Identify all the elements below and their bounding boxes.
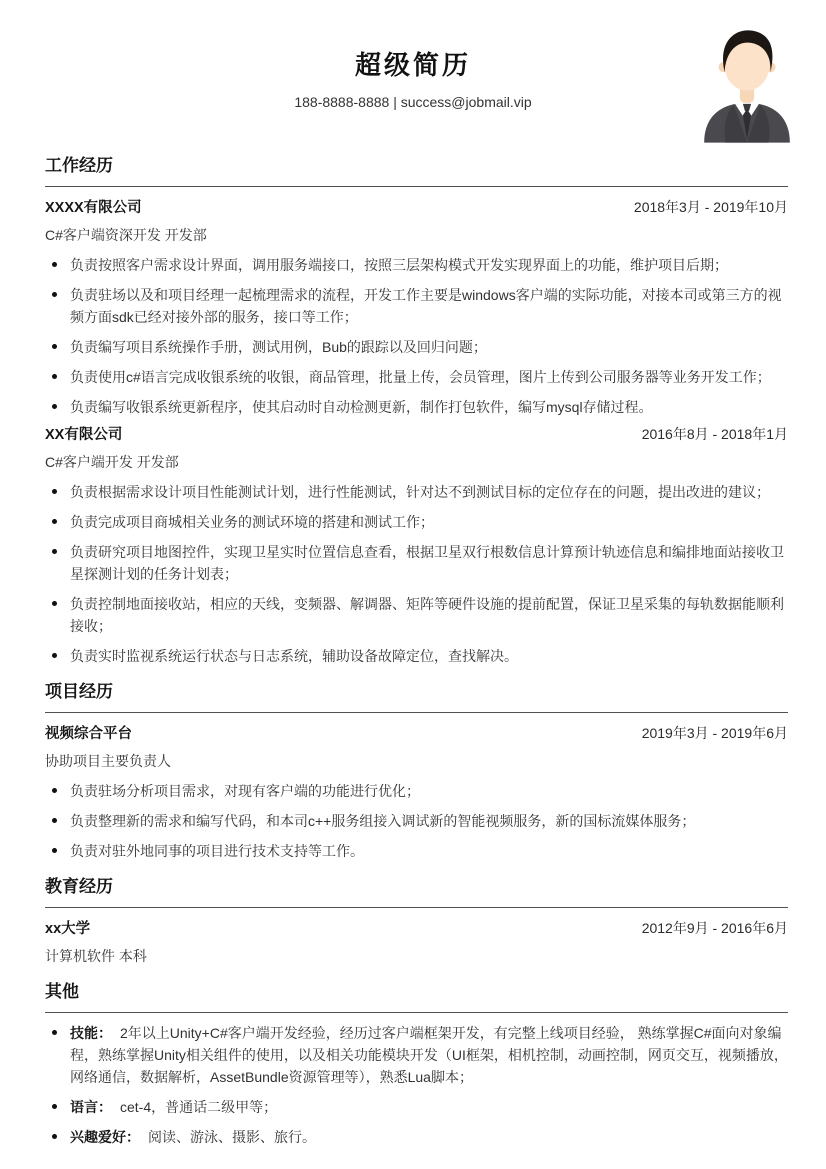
entry-header: XX有限公司 2016年8月 - 2018年1月: [45, 423, 788, 446]
project-role: 协助项目主要负责人: [45, 750, 788, 772]
company-name: XX有限公司: [45, 424, 122, 446]
bullet-item: 负责研究项目地图控件，实现卫星实时位置信息查看，根据卫星双行根数信息计算预计轨迹…: [45, 541, 788, 585]
bullet-item: 负责对驻外地同事的项目进行技术支持等工作。: [45, 840, 788, 862]
company-name: XXXX有限公司: [45, 197, 142, 219]
bullet-item: 负责使用c#语言完成收银系统的收银，商品管理，批量上传，会员管理，图片上传到公司…: [45, 366, 788, 388]
bullet-item: 负责控制地面接收站，相应的天线，变频器、解调器、矩阵等硬件设施的提前配置，保证卫…: [45, 593, 788, 637]
bullet-item: 负责整理新的需求和编写代码，和本司c++服务组接入调试新的智能视频服务，新的国标…: [45, 810, 788, 832]
bullet-item: 负责驻场分析项目需求，对现有客户端的功能进行优化；: [45, 780, 788, 802]
bullet-label: 语言：: [70, 1099, 112, 1115]
date-range: 2018年3月 - 2019年10月: [634, 196, 788, 218]
bullet-item: 负责按照客户需求设计界面，调用服务端接口，按照三层架构模式开发实现界面上的功能，…: [45, 254, 788, 276]
section-heading-education: 教育经历: [45, 875, 788, 908]
bullet-label: 兴趣爱好：: [70, 1129, 140, 1145]
entry-header: XXXX有限公司 2018年3月 - 2019年10月: [45, 196, 788, 219]
date-range: 2012年9月 - 2016年6月: [642, 917, 788, 939]
bullet-text: cet-4，普通话二级甲等；: [120, 1099, 277, 1115]
section-projects: 项目经历 视频综合平台 2019年3月 - 2019年6月 协助项目主要负责人 …: [45, 680, 788, 862]
bullet-item: 负责完成项目商城相关业务的测试环境的搭建和测试工作；: [45, 511, 788, 533]
bullet-text: 阅读、游泳、摄影、旅行。: [148, 1129, 316, 1145]
bullet-item-hobbies: 兴趣爱好：阅读、游泳、摄影、旅行。: [45, 1126, 788, 1148]
job-title: C#客户端资深开发 开发部: [45, 224, 788, 246]
work-entry-2: XX有限公司 2016年8月 - 2018年1月 C#客户端开发 开发部 负责根…: [45, 423, 788, 667]
bullet-item: 负责编写收银系统更新程序，使其启动时自动检测更新，制作打包软件，编写mysql存…: [45, 396, 788, 418]
section-heading-work: 工作经历: [45, 154, 788, 187]
bullet-list: 负责驻场分析项目需求，对现有客户端的功能进行优化； 负责整理新的需求和编写代码，…: [45, 780, 788, 862]
date-range: 2019年3月 - 2019年6月: [642, 722, 788, 744]
project-name: 视频综合平台: [45, 723, 132, 745]
section-education: 教育经历 xx大学 2012年9月 - 2016年6月 计算机软件 本科: [45, 875, 788, 967]
bullet-list: 负责按照客户需求设计界面，调用服务端接口，按照三层架构模式开发实现界面上的功能，…: [45, 254, 788, 418]
bullet-item-skills: 技能：2年以上Unity+C#客户端开发经验，经历过客户端框架开发，有完整上线项…: [45, 1022, 788, 1088]
bullet-item: 负责驻场以及和项目经理一起梳理需求的流程，开发工作主要是windows客户端的实…: [45, 284, 788, 328]
male-avatar-icon: [696, 27, 798, 143]
bullet-list: 技能：2年以上Unity+C#客户端开发经验，经历过客户端框架开发，有完整上线项…: [45, 1022, 788, 1148]
entry-header: xx大学 2012年9月 - 2016年6月: [45, 917, 788, 940]
education-entry-1: xx大学 2012年9月 - 2016年6月 计算机软件 本科: [45, 917, 788, 967]
section-work: 工作经历 XXXX有限公司 2018年3月 - 2019年10月 C#客户端资深…: [45, 154, 788, 667]
section-other: 其他 技能：2年以上Unity+C#客户端开发经验，经历过客户端框架开发，有完整…: [45, 980, 788, 1148]
bullet-item-language: 语言：cet-4，普通话二级甲等；: [45, 1096, 788, 1118]
date-range: 2016年8月 - 2018年1月: [642, 423, 788, 445]
project-entry-1: 视频综合平台 2019年3月 - 2019年6月 协助项目主要负责人 负责驻场分…: [45, 722, 788, 862]
section-heading-other: 其他: [45, 980, 788, 1013]
job-title: C#客户端开发 开发部: [45, 451, 788, 473]
bullet-list: 负责根据需求设计项目性能测试计划，进行性能测试，针对达不到测试目标的定位存在的问…: [45, 481, 788, 667]
bullet-text: 2年以上Unity+C#客户端开发经验，经历过客户端框架开发，有完整上线项目经验…: [70, 1025, 788, 1085]
bullet-label: 技能：: [70, 1025, 112, 1041]
section-heading-projects: 项目经历: [45, 680, 788, 713]
bullet-item: 负责根据需求设计项目性能测试计划，进行性能测试，针对达不到测试目标的定位存在的问…: [45, 481, 788, 503]
bullet-item: 负责编写项目系统操作手册，测试用例，Bub的跟踪以及回归问题；: [45, 336, 788, 358]
resume-page: 超级简历 188-8888-8888 | success@jobmail.vip…: [0, 0, 826, 1169]
resume-body: 工作经历 XXXX有限公司 2018年3月 - 2019年10月 C#客户端资深…: [45, 154, 788, 1148]
school-name: xx大学: [45, 918, 90, 940]
entry-header: 视频综合平台 2019年3月 - 2019年6月: [45, 722, 788, 745]
work-entry-1: XXXX有限公司 2018年3月 - 2019年10月 C#客户端资深开发 开发…: [45, 196, 788, 418]
bullet-item: 负责实时监视系统运行状态与日志系统，辅助设备故障定位，查找解决。: [45, 645, 788, 667]
major-degree: 计算机软件 本科: [45, 945, 788, 967]
